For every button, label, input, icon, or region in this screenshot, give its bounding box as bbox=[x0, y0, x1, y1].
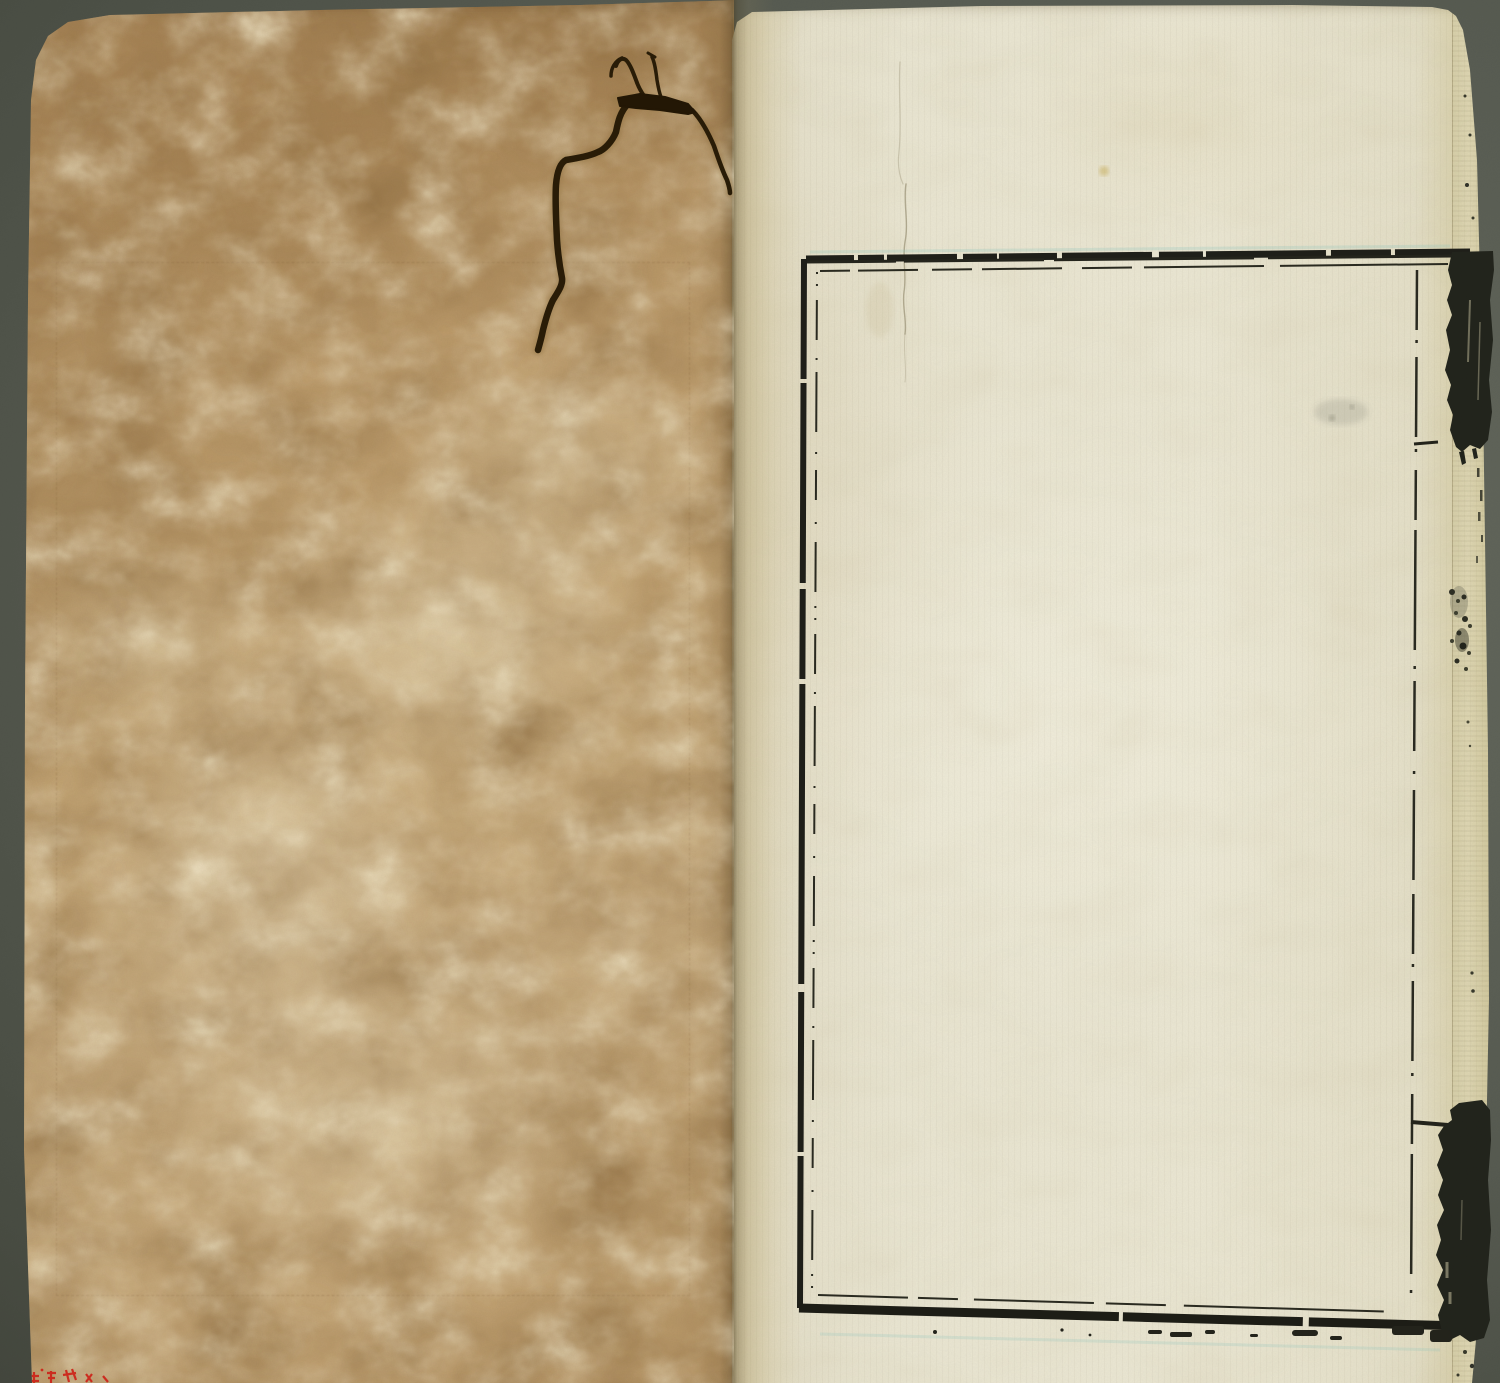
photo-of-open-book bbox=[0, 0, 1500, 1383]
photo-grain bbox=[0, 0, 1500, 1383]
overlay-art bbox=[0, 0, 1500, 1383]
